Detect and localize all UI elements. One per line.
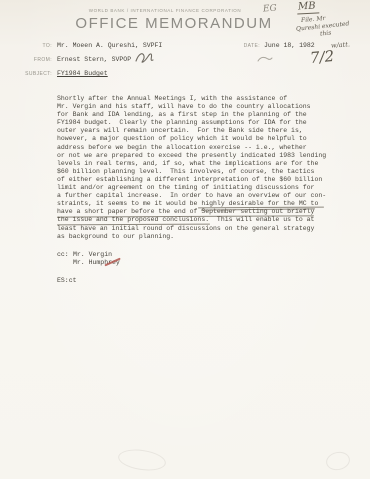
body-line: or not we are prepared to exceed the pre…	[57, 152, 337, 160]
date-label: DATE:	[234, 43, 260, 49]
body-line: as background to our planning.	[57, 233, 337, 241]
body-line: limit and/or agreement on the timing of …	[57, 184, 337, 192]
handwritten-file-note-line3: this	[320, 29, 332, 37]
subject-label: SUBJECT:	[22, 71, 52, 77]
org-line: WORLD BANK / INTERNATIONAL FINANCE CORPO…	[0, 8, 330, 13]
pen-underline-issue-conclusions	[57, 223, 210, 225]
body-line: $60 billion planning level. This involve…	[57, 168, 337, 176]
body-line: of either establishing a different inter…	[57, 176, 337, 184]
to-value: Mr. Moeen A. Qureshi, SVPFI	[57, 42, 162, 49]
to-label: TO:	[28, 43, 52, 49]
body-line: Mr. Vergin and his staff, will have to d…	[57, 103, 337, 111]
from-value: Ernest Stern, SVPOP	[57, 56, 131, 63]
handwritten-initials-mb: MB	[297, 0, 319, 14]
body-line: Shortly after the Annual Meetings I, wit…	[57, 95, 337, 103]
body-line: for Bank and IDA lending, as a first ste…	[57, 111, 337, 119]
handwritten-fraction: 7/2	[309, 47, 335, 67]
body-line: a further capital increase. In order to …	[57, 192, 337, 200]
from-label: FROM:	[28, 57, 52, 63]
pen-check-squiggle	[256, 54, 274, 64]
body-line: outer years will remain uncertain. For t…	[57, 127, 337, 135]
body-line: levels in real terms, and, if so, what t…	[57, 160, 337, 168]
body-line: address before we begin the allocation e…	[57, 144, 337, 152]
scan-smudge	[117, 447, 167, 473]
handwritten-initials-eg: EG	[263, 4, 277, 15]
reference-initials: ES:ct	[57, 277, 77, 284]
memo-page: WORLD BANK / INTERNATIONAL FINANCE CORPO…	[0, 0, 370, 479]
body-line: however, a major question of policy whic…	[57, 135, 337, 143]
date-value: June 18, 1982	[264, 42, 315, 49]
subject-value: FY1984 Budget	[57, 70, 108, 77]
scan-smudge	[324, 450, 351, 473]
cc-name: Mr. Vergin	[73, 251, 112, 258]
body-line: FY1984 budget. Clearly the planning assu…	[57, 119, 337, 127]
memo-body: Shortly after the Annual Meetings I, wit…	[57, 95, 337, 241]
cc-label: cc:	[57, 251, 69, 258]
body-line: least have an initial round of discussio…	[57, 225, 337, 233]
handwritten-date-note: w/att.	[331, 40, 350, 49]
signature-squiggle	[134, 50, 156, 65]
